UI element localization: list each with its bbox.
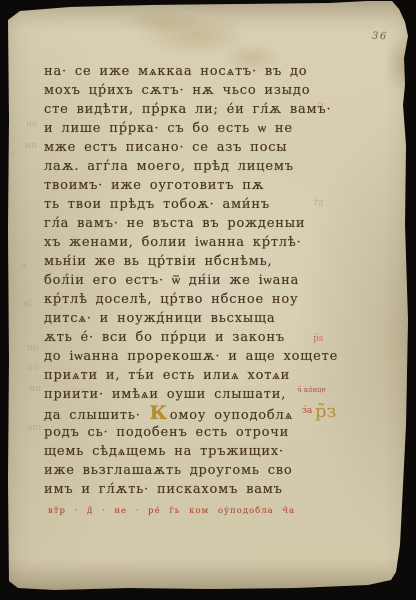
text-line: приѧти и, тъ́и есть илиѧ хотѧи	[44, 366, 344, 385]
text-line: ѫть е́· вси бо пр́рци и законъ	[44, 328, 344, 347]
text-line: имъ и гл́ѫть· пискахомъ вамъ	[44, 480, 344, 499]
manuscript-page: 36 на· се иже мѧккаа носѧтъ· въ домохъ ц…	[0, 0, 416, 600]
margin-end-of-reading: ч̃ ко́нце	[297, 387, 326, 394]
margin-section-number-rs: р́ѕ	[313, 335, 323, 344]
text-line: ть твои прѣдъ тобоѫ· ами́нъ	[44, 195, 344, 214]
text-line: гл́а вамъ· не въста въ рожденыи	[44, 214, 344, 233]
gold-initial: К	[149, 402, 170, 424]
text-line: на· се иже мѧккаа носѧтъ· въ до	[44, 62, 344, 81]
margin-gloss-faint-2: г̃д	[314, 199, 323, 207]
text-line: родъ сь· подобенъ есть отрочи	[44, 423, 344, 442]
text-line: да слышить· Комоу оуподоблѧ	[44, 404, 344, 423]
showthrough-ghost-text: кі	[23, 300, 32, 309]
showthrough-ghost-text: пр	[27, 344, 39, 353]
text-block: на· се иже мѧккаа носѧтъ· въ домохъ цр́и…	[44, 62, 344, 499]
text-line: до іѡанна прорекошѫ· и аще хощете	[44, 347, 344, 366]
line-text: да слышить·	[44, 408, 149, 423]
showthrough-ghost-text: на	[26, 120, 37, 129]
text-line: твоимъ· иже оуготовитъ пѫ	[44, 176, 344, 195]
margin-gloss-faint-1: г̃г	[317, 102, 325, 110]
photo-backdrop: 36 на· се иже мѧккаа носѧтъ· въ домохъ ц…	[0, 0, 416, 600]
text-line: хъ женами, болии іѡанна кр́тлѣ·	[44, 233, 344, 252]
text-line: сте видѣти, пр́рка ли; е́и гл́ѫ вамъ·	[44, 100, 344, 119]
text-line: кр́тлѣ доселѣ, цр́тво нб́сное ноу	[44, 290, 344, 309]
margin-section-number-rz: р̃з	[315, 403, 336, 421]
showthrough-ghost-text: ни	[29, 385, 41, 394]
line-text: омоу оуподоблѧ	[170, 408, 293, 423]
margin-zachalo-label: з́а	[302, 407, 312, 416]
text-line: мьн́іи же вь цр́твіи нб́снѣмь,	[44, 252, 344, 271]
showthrough-ghost-text: є	[11, 150, 15, 158]
rubric-line: вт̃р · д̃ · не · ре́ г̃ь ком оу́подобла …	[48, 506, 295, 516]
showthrough-ghost-text: ни	[25, 142, 37, 151]
text-line: дитсѧ· и ноужд́ници вьсхыща	[44, 309, 344, 328]
text-line: мохъ цр́ихъ сѫтъ· нѫ чьсо изыдо	[44, 81, 344, 100]
text-line: щемь сѣдѧщемь на тръжищих·	[44, 442, 344, 461]
showthrough-ghost-text: по	[27, 364, 38, 373]
showthrough-ghost-text: ащ	[27, 424, 41, 433]
text-line: иже вьзглашаѫть дроугомь сво	[44, 461, 344, 480]
text-line: и лише пр́рка· съ бо есть ѡ не	[44, 119, 344, 138]
text-line: мже естъ писано· се азъ посы	[44, 138, 344, 157]
text-line: бол́іи его естъ· ѿ дн́іи же іѡана	[44, 271, 344, 290]
folio-number: 36	[372, 31, 388, 43]
showthrough-ghost-text: а	[21, 262, 26, 271]
text-line: лаѫ. агѓла моего, прѣд лицемъ	[44, 157, 344, 176]
